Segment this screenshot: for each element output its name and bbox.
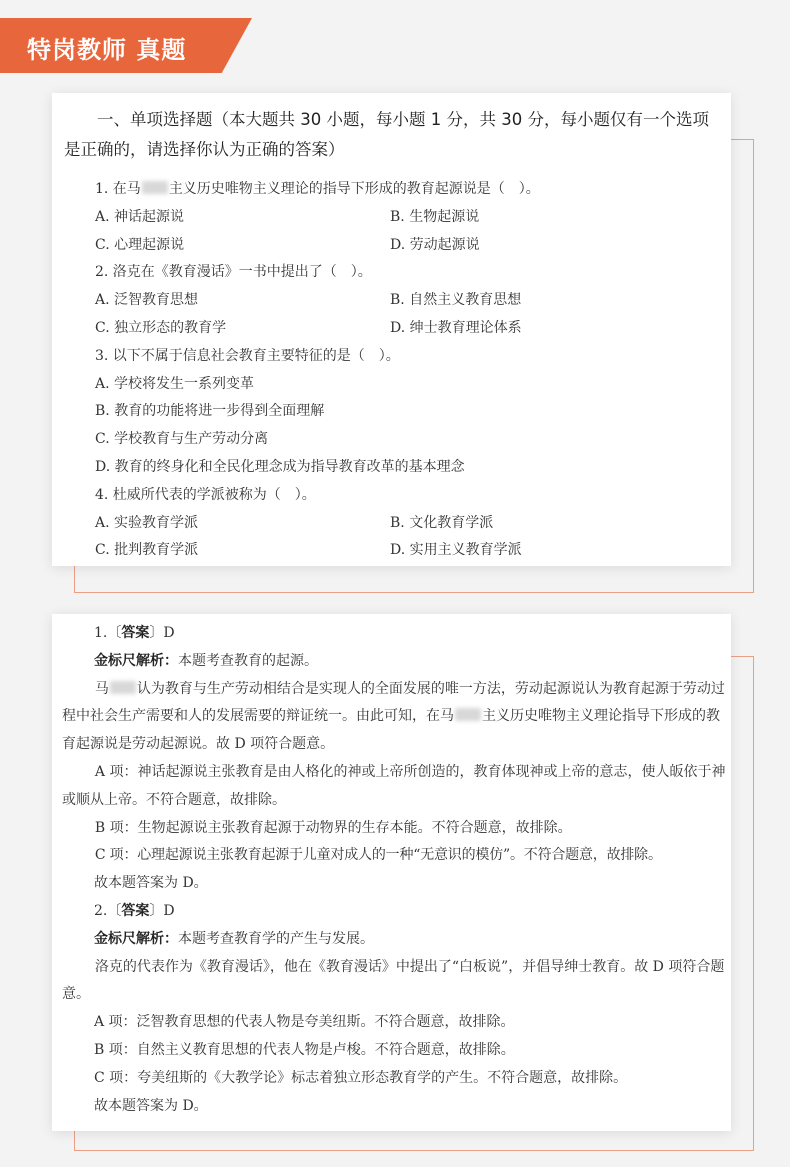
- question-2-option-d: D. 绅士教育理论体系: [390, 315, 685, 343]
- question-2-option-a: A. 泛智教育思想: [95, 287, 390, 315]
- section-heading: 一、单项选择题（本大题共 30 小题，每小题 1 分，共 30 分，每小题仅有一…: [64, 105, 722, 165]
- question-3-option-b: B. 教育的功能将进一步得到全面理解: [95, 398, 715, 426]
- answer-1-conclusion: 故本题答案为 D。: [62, 870, 726, 898]
- questions-card: 一、单项选择题（本大题共 30 小题，每小题 1 分，共 30 分，每小题仅有一…: [52, 93, 731, 566]
- analysis-topic: 本题考查教育的起源。: [178, 653, 318, 669]
- answer-1-option-a-note: A 项：神话起源说主张教育是由人格化的神或上帝所创造的，教育体现神或上帝的意志，…: [62, 759, 726, 815]
- blurred-text: [455, 708, 481, 721]
- explanation-text: 马: [95, 681, 109, 697]
- question-4-option-b: B. 文化教育学派: [390, 510, 685, 538]
- answer-1-analysis: 金标尺解析：本题考查教育的起源。: [62, 648, 726, 676]
- question-4-options-row-2: C. 批判教育学派 D. 实用主义教育学派: [95, 537, 715, 565]
- answer-2-value: 〕D: [149, 903, 174, 919]
- question-3-stem: 3. 以下不属于信息社会教育主要特征的是（ ）。: [95, 343, 715, 371]
- question-1-option-b: B. 生物起源说: [390, 204, 685, 232]
- answer-1-heading: 1.〔答案〕D: [62, 620, 726, 648]
- answer-1-label: 答案: [121, 625, 149, 641]
- question-3-option-a: A. 学校将发生一系列变革: [95, 371, 715, 399]
- question-2-options-row-1: A. 泛智教育思想 B. 自然主义教育思想: [95, 287, 715, 315]
- question-4-stem: 4. 杜威所代表的学派被称为（ ）。: [95, 482, 715, 510]
- question-3-option-c: C. 学校教育与生产劳动分离: [95, 426, 715, 454]
- answer-2-analysis: 金标尺解析：本题考查教育学的产生与发展。: [62, 926, 726, 954]
- analysis-label: 金标尺解析：: [94, 653, 178, 669]
- question-4-options-row-1: A. 实验教育学派 B. 文化教育学派: [95, 510, 715, 538]
- question-1-options-row-2: C. 心理起源说 D. 劳动起源说: [95, 232, 715, 260]
- question-2-options-row-2: C. 独立形态的教育学 D. 绅士教育理论体系: [95, 315, 715, 343]
- answer-1-option-b-note: B 项：生物起源说主张教育起源于动物界的生存本能。不符合题意，故排除。: [62, 815, 726, 843]
- answer-2-label: 答案: [121, 903, 149, 919]
- answer-2-number: 2.〔: [94, 903, 121, 919]
- answer-1-option-c-note: C 项：心理起源说主张教育起源于儿童对成人的一种“无意识的模仿”。不符合题意，故…: [62, 842, 726, 870]
- question-2-option-b: B. 自然主义教育思想: [390, 287, 685, 315]
- blurred-text: [142, 181, 168, 194]
- question-2-stem: 2. 洛克在《教育漫话》一书中提出了（ ）。: [95, 259, 715, 287]
- answer-2-explanation: 洛克的代表作为《教育漫话》，他在《教育漫话》中提出了“白板说”，并倡导绅士教育。…: [62, 954, 726, 1010]
- analysis-label: 金标尺解析：: [94, 931, 178, 947]
- question-1-option-a: A. 神话起源说: [95, 204, 390, 232]
- question-2-option-c: C. 独立形态的教育学: [95, 315, 390, 343]
- answer-2-option-c-note: C 项：夸美纽斯的《大教学论》标志着独立形态教育学的产生。不符合题意，故排除。: [62, 1065, 726, 1093]
- answer-list: 1.〔答案〕D 金标尺解析：本题考查教育的起源。 马认为教育与生产劳动相结合是实…: [62, 620, 726, 1120]
- question-4-option-a: A. 实验教育学派: [95, 510, 390, 538]
- question-4-option-c: C. 批判教育学派: [95, 537, 390, 565]
- answers-card: 1.〔答案〕D 金标尺解析：本题考查教育的起源。 马认为教育与生产劳动相结合是实…: [52, 614, 731, 1131]
- answer-1-number: 1.〔: [94, 625, 121, 641]
- question-1-stem-start: 1. 在马: [95, 181, 141, 197]
- answer-2-option-b-note: B 项：自然主义教育思想的代表人物是卢梭。不符合题意，故排除。: [62, 1037, 726, 1065]
- question-3-option-d: D. 教育的终身化和全民化理念成为指导教育改革的基本理念: [95, 454, 715, 482]
- question-1-stem: 1. 在马主义历史唯物主义理论的指导下形成的教育起源说是（ ）。: [95, 176, 715, 204]
- analysis-topic: 本题考查教育学的产生与发展。: [178, 931, 374, 947]
- answer-2-heading: 2.〔答案〕D: [62, 898, 726, 926]
- banner-title: 特岗教师 真题: [27, 30, 186, 65]
- answer-1-value: 〕D: [149, 625, 174, 641]
- question-list: 1. 在马主义历史唯物主义理论的指导下形成的教育起源说是（ ）。 A. 神话起源…: [95, 176, 715, 565]
- answer-2-conclusion: 故本题答案为 D。: [62, 1093, 726, 1121]
- question-1-option-d: D. 劳动起源说: [390, 232, 685, 260]
- blurred-text: [110, 681, 136, 694]
- question-1-option-c: C. 心理起源说: [95, 232, 390, 260]
- answer-1-explanation: 马认为教育与生产劳动相结合是实现人的全面发展的唯一方法，劳动起源说认为教育起源于…: [62, 676, 726, 759]
- answer-2-option-a-note: A 项：泛智教育思想的代表人物是夸美纽斯。不符合题意，故排除。: [62, 1009, 726, 1037]
- question-1-stem-end: 主义历史唯物主义理论的指导下形成的教育起源说是（ ）。: [169, 181, 540, 197]
- question-4-option-d: D. 实用主义教育学派: [390, 537, 685, 565]
- question-1-options-row-1: A. 神话起源说 B. 生物起源说: [95, 204, 715, 232]
